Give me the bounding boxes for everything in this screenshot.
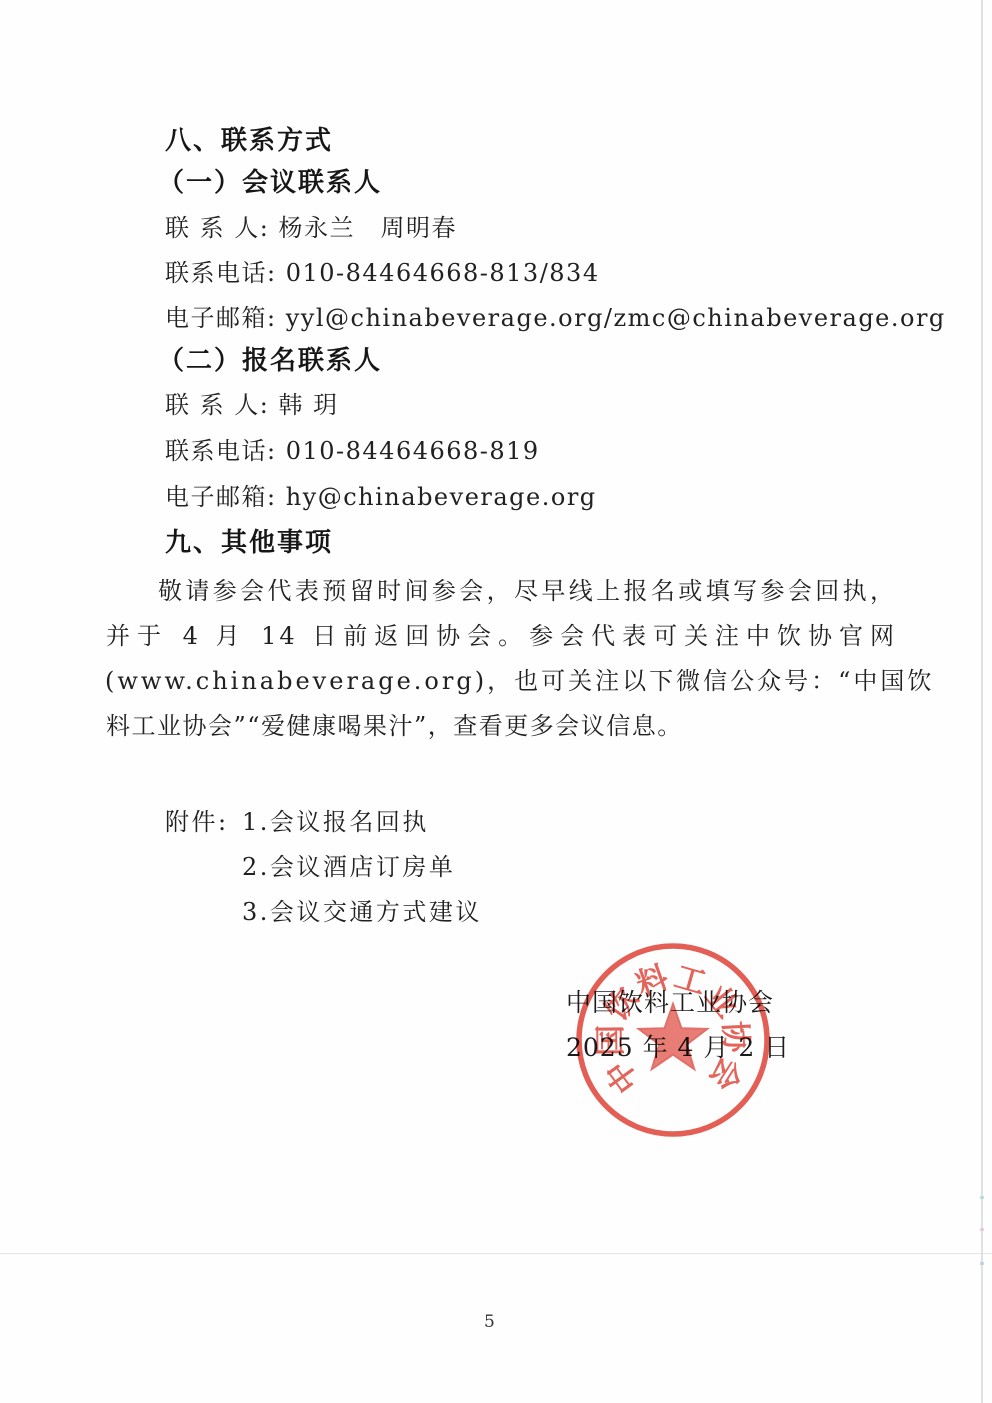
official-seal: 中国饮料工业协会 xyxy=(575,942,771,1138)
conference-contact-email: 电子邮箱: yyl@chinabeverage.org/zmc@chinabev… xyxy=(165,304,946,333)
scan-edge-line xyxy=(981,0,983,1403)
scan-fold-line xyxy=(0,1253,992,1254)
notice-paragraph-line: 敬请参会代表预留时间参会，尽早线上报名或填写参会回执， xyxy=(106,577,897,606)
page-number: 5 xyxy=(484,1312,495,1332)
scan-tick xyxy=(980,1228,984,1231)
registration-contact-person: 联 系 人: 韩 玥 xyxy=(165,391,339,420)
attachment-item: 1.会议报名回执 xyxy=(242,808,429,837)
seal-graphic: 中国饮料工业协会 xyxy=(575,942,771,1138)
star-icon xyxy=(639,1004,707,1069)
document-page: 八、联系方式 （一）会议联系人 联 系 人: 杨永兰 周明春 联系电话: 010… xyxy=(0,0,992,1403)
notice-paragraph-line: 料工业协会”“爱健康喝果汁”，查看更多会议信息。 xyxy=(106,712,897,741)
attachment-item: 2.会议酒店订房单 xyxy=(242,853,455,882)
attachment-item: 3.会议交通方式建议 xyxy=(242,898,482,927)
scan-tick xyxy=(980,1262,984,1265)
notice-paragraph-line: (www.chinabeverage.org)，也可关注以下微信公众号：“中国饮 xyxy=(105,667,896,696)
attachments-label: 附件: xyxy=(165,808,229,837)
registration-contact-phone: 联系电话: 010-84464668-819 xyxy=(165,437,540,466)
registration-contact-email: 电子邮箱: hy@chinabeverage.org xyxy=(165,483,597,512)
conference-contact-phone: 联系电话: 010-84464668-813/834 xyxy=(165,259,600,288)
conference-contact-heading: （一）会议联系人 xyxy=(158,168,382,199)
section-9-heading: 九、其他事项 xyxy=(165,528,333,559)
notice-paragraph-line: 并于 4 月 14 日前返回协会。参会代表可关注中饮协官网 xyxy=(106,622,897,651)
scan-tick xyxy=(980,1196,984,1199)
conference-contact-person: 联 系 人: 杨永兰 周明春 xyxy=(165,214,457,243)
section-8-heading: 八、联系方式 xyxy=(165,126,333,157)
registration-contact-heading: （二）报名联系人 xyxy=(158,346,382,377)
